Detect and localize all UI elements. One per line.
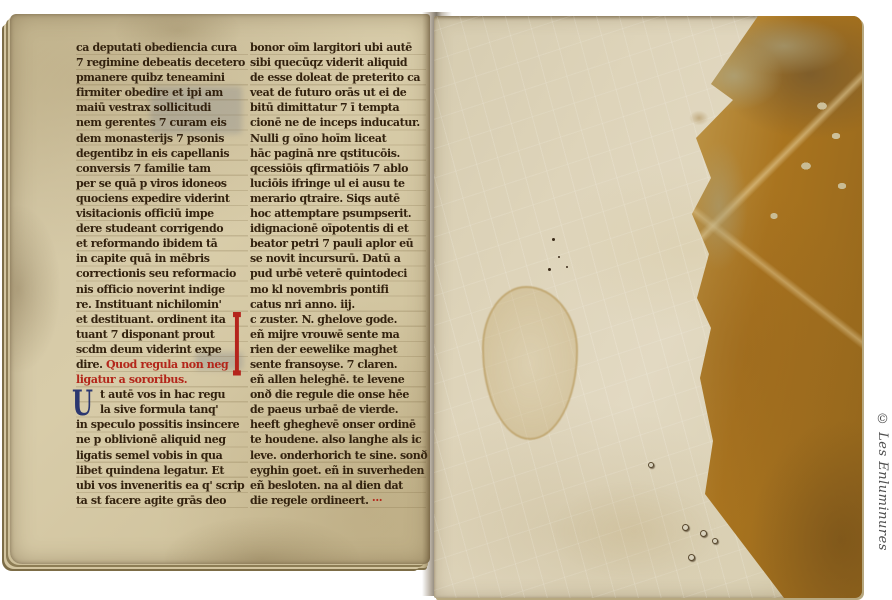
manuscript-line: re. Instituant nichilomin' [76, 297, 248, 312]
manuscript-line: eñ mijre vrouwē sente ma [250, 327, 426, 342]
body-text: bonor oīm largitori ubi autē [250, 41, 412, 54]
body-text: eyghin goet. eñ in suverheden [250, 464, 424, 477]
manuscript-line: idignacionē oīpotentis di et [250, 221, 426, 236]
body-text: hoc attemptare psumpserit. [250, 207, 411, 220]
manuscript-photo: ca deputati obediencia cura7 regimine de… [0, 0, 892, 600]
body-text: rien der eewelike maghet [250, 343, 397, 356]
body-text: mo kl novembris pontifi [250, 283, 388, 296]
manuscript-line: dere studeant corrigendo [76, 221, 248, 236]
manuscript-line: et destituant. ordinent ita [76, 312, 248, 327]
body-text: visitacionis officiū impe [76, 207, 214, 220]
body-text: idignacionē oīpotentis di et [250, 222, 408, 235]
body-text: heeft gheghevē onser ordinē [250, 418, 416, 431]
body-text: ubi vos inveneritis ea q' scrip [76, 479, 244, 492]
manuscript-line: scdm deum viderint expe [76, 342, 248, 357]
body-text: eñ mijre vrouwē sente ma [250, 328, 399, 341]
manuscript-line: 7 regimine debeatis decetero [76, 55, 248, 70]
body-text: eñ besloten. na al dien dat [250, 479, 403, 492]
manuscript-line: se novit incursurū. Datū a [250, 251, 426, 266]
manuscript-line: bonor oīm largitori ubi autē [250, 40, 426, 55]
manuscript-line: de paeus urbaē de vierde. [250, 402, 426, 417]
body-text: catus nri anno. iij. [250, 298, 355, 311]
body-text: veat de futuro orās ut ei de [250, 86, 406, 99]
body-text: beator petri 7 pauli aplor eū [250, 237, 413, 250]
body-text: et reformando ibidem tā [76, 237, 217, 250]
manuscript-line: heeft gheghevē onser ordinē [250, 417, 426, 432]
manuscript-line: libet quindena legatur. Et [76, 463, 248, 478]
manuscript-line: qcessiōis qfirmatiōis 7 ablo [250, 161, 426, 176]
body-text: qcessiōis qfirmatiōis 7 ablo [250, 162, 408, 175]
body-text: c zuster. N. ghelove gode. [250, 313, 397, 326]
right-page [434, 16, 862, 598]
body-text: 7 regimine debeatis decetero [76, 56, 245, 69]
manuscript-line: maiū vestrax sollicitudi [76, 100, 248, 115]
manuscript-line: et reformando ibidem tā [76, 236, 248, 251]
body-text: ta st facere agite grās deo [76, 494, 226, 507]
manuscript-line: luciōis ifringe ul ei ausu te [250, 176, 426, 191]
body-text: la sive formula tanq' [100, 403, 218, 416]
body-text: bitū dimittatur 7 ī tempta [250, 101, 399, 114]
body-text: nis officio noverint indige [76, 283, 225, 296]
manuscript-line: tuant 7 disponant prout [76, 327, 248, 342]
water-stain [482, 286, 578, 440]
body-text: firmiter obedire et ipi am [76, 86, 223, 99]
body-text: te houdene. also langhe als ic [250, 433, 421, 446]
body-text: eñ allen heleghē. te levene [250, 373, 404, 386]
rubric-text: ··· [372, 494, 382, 507]
red-illuminated-initial: I [232, 304, 242, 391]
manuscript-line: in speculo possitis insincere [76, 417, 248, 432]
body-text: pmanere quibz teneamini [76, 71, 225, 84]
body-text: quociens expedire viderint [76, 192, 230, 205]
body-text: nem gerentes 7 curam eis [76, 116, 226, 129]
manuscript-line: ta st facere agite grās deo [76, 493, 248, 508]
manuscript-line: pmanere quibz teneamini [76, 70, 248, 85]
rubric-text: Quod regula non neg [106, 358, 228, 371]
manuscript-line: bitū dimittatur 7 ī tempta [250, 100, 426, 115]
manuscript-line: merario qtraire. Siqs autē [250, 191, 426, 206]
body-text: cionē ne de inceps inducatur. [250, 116, 420, 129]
manuscript-line: veat de futuro orās ut ei de [250, 85, 426, 100]
manuscript-line: correctionis seu reformacio [76, 266, 248, 281]
manuscript-line: la sive formula tanq' [76, 402, 248, 417]
manuscript-line: ligatis semel vobis in qua [76, 448, 248, 463]
body-text: de esse doleat de preterito ca [250, 71, 420, 84]
manuscript-line: dem monasterijs 7 psonis [76, 131, 248, 146]
body-text: tuant 7 disponant prout [76, 328, 214, 341]
manuscript-line: in capite quā in mēbris [76, 251, 248, 266]
body-text: dire. [76, 358, 106, 371]
body-text: de paeus urbaē de vierde. [250, 403, 398, 416]
manuscript-line: onð die regule die onse hēe [250, 387, 426, 402]
manuscript-line: leve. onderhorich te sine. sonð [250, 448, 426, 463]
body-text: sente fransoyse. 7 claren. [250, 358, 397, 371]
small-stain [686, 108, 712, 128]
body-text: re. Instituant nichilomin' [76, 298, 222, 311]
manuscript-line: ca deputati obediencia cura [76, 40, 248, 55]
text-column-left: ca deputati obediencia cura7 regimine de… [76, 40, 248, 508]
manuscript-line: t autē vos in hac regu [76, 387, 248, 402]
body-text: conversis 7 familie tam [76, 162, 211, 175]
body-text: ca deputati obediencia cura [76, 41, 237, 54]
manuscript-line: cionē ne de inceps inducatur. [250, 115, 426, 130]
blue-illuminated-initial: U [72, 386, 93, 421]
manuscript-line: te houdene. also langhe als ic [250, 432, 426, 447]
body-text: se novit incursurū. Datū a [250, 252, 400, 265]
manuscript-line: ligatur a sororibus. [76, 372, 248, 387]
body-text: Nulli g oīno hoīm liceat [250, 132, 386, 145]
manuscript-line: Nulli g oīno hoīm liceat [250, 131, 426, 146]
manuscript-line: die regele ordineert. ··· [250, 493, 426, 508]
manuscript-line: c zuster. N. ghelove gode. [250, 312, 426, 327]
manuscript-line: nem gerentes 7 curam eis [76, 115, 248, 130]
body-text: sibi quecūqz viderit aliquid [250, 56, 407, 69]
body-text: et destituant. ordinent ita [76, 313, 226, 326]
manuscript-line: sibi quecūqz viderit aliquid [250, 55, 426, 70]
body-text: merario qtraire. Siqs autē [250, 192, 400, 205]
manuscript-line: mo kl novembris pontifi [250, 282, 426, 297]
body-text: pud urbē veterē quintodeci [250, 267, 407, 280]
manuscript-line: conversis 7 familie tam [76, 161, 248, 176]
manuscript-line: nis officio noverint indige [76, 282, 248, 297]
manuscript-line: degentibz in eis capellanis [76, 146, 248, 161]
body-text: maiū vestrax sollicitudi [76, 101, 211, 114]
copyright-watermark: © Les Enluminures [866, 412, 890, 600]
body-text: scdm deum viderint expe [76, 343, 221, 356]
body-text: correctionis seu reformacio [76, 267, 236, 280]
manuscript-line: dire. Quod regula non neg [76, 357, 248, 372]
manuscript-line: eñ besloten. na al dien dat [250, 478, 426, 493]
manuscript-line: eyghin goet. eñ in suverheden [250, 463, 426, 478]
body-text: die regele ordineert. [250, 494, 372, 507]
left-page: ca deputati obediencia cura7 regimine de… [10, 14, 430, 564]
body-text: in speculo possitis insincere [76, 418, 239, 431]
body-text: libet quindena legatur. Et [76, 464, 224, 477]
body-text: ne p oblivionē aliquid neg [76, 433, 226, 446]
body-text: luciōis ifringe ul ei ausu te [250, 177, 405, 190]
manuscript-line: beator petri 7 pauli aplor eū [250, 236, 426, 251]
manuscript-line: ne p oblivionē aliquid neg [76, 432, 248, 447]
manuscript-line: de esse doleat de preterito ca [250, 70, 426, 85]
manuscript-line: per se quā p viros idoneos [76, 176, 248, 191]
body-text: dere studeant corrigendo [76, 222, 223, 235]
body-text: ligatis semel vobis in qua [76, 449, 222, 462]
manuscript-line: rien der eewelike maghet [250, 342, 426, 357]
manuscript-line: visitacionis officiū impe [76, 206, 248, 221]
body-text: per se quā p viros idoneos [76, 177, 227, 190]
manuscript-line: quociens expedire viderint [76, 191, 248, 206]
manuscript-line: pud urbē veterē quintodeci [250, 266, 426, 281]
body-text: t autē vos in hac regu [100, 388, 225, 401]
body-text: hāc paginā nre qstitucōis. [250, 147, 400, 160]
body-text: dem monasterijs 7 psonis [76, 132, 224, 145]
manuscript-line: hāc paginā nre qstitucōis. [250, 146, 426, 161]
text-column-right: bonor oīm largitori ubi autēsibi quecūqz… [250, 40, 426, 508]
manuscript-line: ubi vos inveneritis ea q' scrip [76, 478, 248, 493]
manuscript-line: eñ allen heleghē. te levene [250, 372, 426, 387]
manuscript-line: sente fransoyse. 7 claren. [250, 357, 426, 372]
manuscript-line: firmiter obedire et ipi am [76, 85, 248, 100]
body-text: in capite quā in mēbris [76, 252, 210, 265]
body-text: leve. onderhorich te sine. sonð [250, 449, 427, 462]
body-text: degentibz in eis capellanis [76, 147, 229, 160]
body-text: onð die regule die onse hēe [250, 388, 409, 401]
manuscript-line: hoc attemptare psumpserit. [250, 206, 426, 221]
manuscript-line: catus nri anno. iij. [250, 297, 426, 312]
